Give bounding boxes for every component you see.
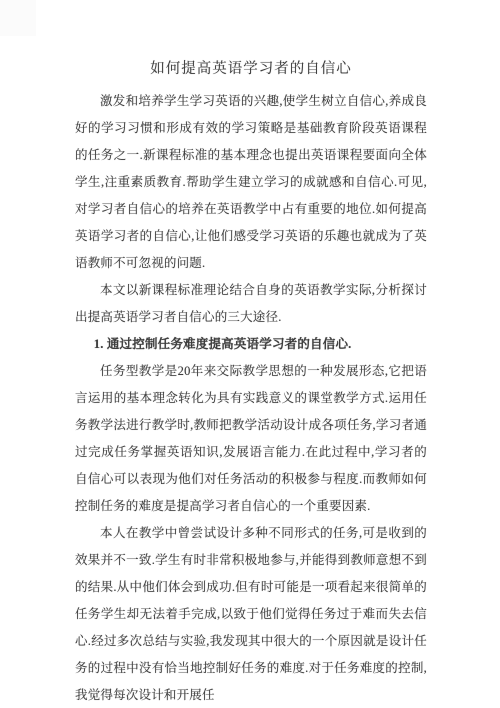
scan-corner-artifact — [0, 0, 36, 36]
document-title: 如何提高英语学习者的自信心 — [75, 56, 427, 83]
paragraph-overview: 本文以新课程标准理论结合自身的英语教学实际,分析探讨出提高英语学习者自信心的三大… — [75, 277, 427, 331]
document-content: 如何提高英语学习者的自信心 激发和培养学生学习英语的兴趣,使学生树立自信心,养成… — [75, 56, 427, 708]
paragraph-intro: 激发和培养学生学习英语的兴趣,使学生树立自信心,养成良好的学习习惯和形成有效的学… — [75, 88, 427, 277]
paragraph-experience: 本人在教学中曾尝试设计多种不同形式的任务,可是收到的效果并不一致.学生有时非常积… — [75, 520, 427, 708]
section-heading-1: 1. 通过控制任务难度提高英语学习者的自信心. — [75, 331, 427, 358]
document-page: 如何提高英语学习者的自信心 激发和培养学生学习英语的兴趣,使学生树立自信心,养成… — [0, 0, 500, 708]
paragraph-task-teaching: 任务型教学是20年来交际教学思想的一种发展形态,它把语言运用的基本理念转化为具有… — [75, 358, 427, 520]
